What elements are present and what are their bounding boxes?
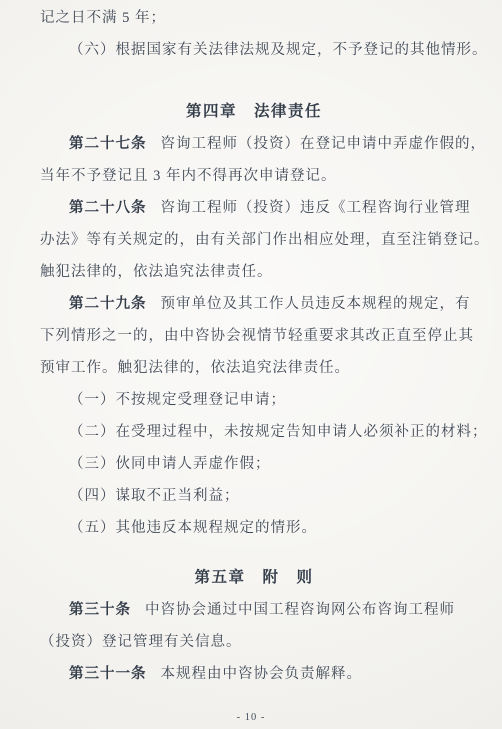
text-line: 第三十条中咨协会通过中国工程咨询网公布咨询工程师 [40,594,468,626]
document-body: 记之日不满 5 年；（六）根据国家有关法律法规及规定，不予登记的其他情形。第四章… [40,2,468,690]
text-line: 第二十九条预审单位及其工作人员违反本规程的规定，有 [40,288,468,320]
text-line: 预审工作。触犯法律的，依法追究法律责任。 [40,352,468,384]
page-number: - 10 - [0,712,502,723]
text-line: （三）伙同申请人弄虚作假； [40,448,468,480]
chapter-heading: 第四章 法律责任 [40,96,468,128]
text-line: （一）不按规定受理登记申请； [40,384,468,416]
text-line: 第二十八条咨询工程师（投资）违反《工程咨询行业管理 [40,192,468,224]
document-page: 记之日不满 5 年；（六）根据国家有关法律法规及规定，不予登记的其他情形。第四章… [0,0,502,729]
text-line: 当年不予登记且 3 年内不得再次申请登记。 [40,160,468,192]
article-number: 第三十一条 [69,666,147,682]
article-text: 本规程由中咨协会负责解释。 [161,666,363,682]
text-line: 第三十一条本规程由中咨协会负责解释。 [40,658,468,690]
article-text: 咨询工程师（投资）违反《工程咨询行业管理 [161,200,471,216]
text-line: 触犯法律的，依法追究法律责任。 [40,256,468,288]
text-line: 办法》等有关规定的，由有关部门作出相应处理，直至注销登记。 [40,224,468,256]
text-line: （二）在受理过程中，未按规定告知申请人必须补正的材料； [40,416,468,448]
text-line: （投资）登记管理有关信息。 [40,626,468,658]
text-line: （四）谋取不正当利益； [40,480,468,512]
article-number: 第二十八条 [69,200,147,216]
article-text: 预审单位及其工作人员违反本规程的规定，有 [161,296,471,312]
text-line: 记之日不满 5 年； [40,2,468,34]
article-number: 第二十七条 [69,136,147,152]
text-line: 第二十七条咨询工程师（投资）在登记申请中弄虚作假的， [40,128,468,160]
article-number: 第三十条 [69,602,131,618]
article-text: 中咨协会通过中国工程咨询网公布咨询工程师 [145,602,455,618]
article-number: 第二十九条 [69,296,147,312]
text-line: 下列情形之一的，由中咨协会视情节轻重要求其改正直至停止其 [40,320,468,352]
text-line: （五）其他违反本规程规定的情形。 [40,512,468,544]
article-text: 咨询工程师（投资）在登记申请中弄虚作假的， [161,136,487,152]
text-line: （六）根据国家有关法律法规及规定，不予登记的其他情形。 [40,34,468,66]
chapter-heading: 第五章 附 则 [40,562,468,594]
